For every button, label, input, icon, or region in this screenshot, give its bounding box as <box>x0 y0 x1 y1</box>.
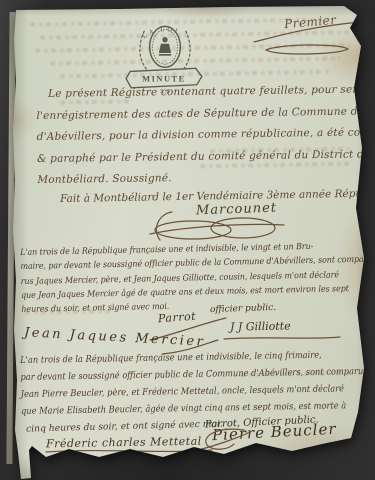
svg-text:LA LOI: LA LOI <box>141 26 180 40</box>
stamp-figure <box>159 37 171 56</box>
beucler-signature-flourish <box>194 424 254 454</box>
burial-act-frimaire: L'an trois de la République française un… <box>20 346 338 420</box>
manuscript-page-wrap: LA LOI MINUTE 5. S Premier Le présent Ré… <box>0 0 375 480</box>
burial-act-brumaire: L'an trois de la République française un… <box>20 239 349 317</box>
stamp-laurel-right <box>183 30 190 69</box>
register-heading: Le présent Régistre contenant quatre feu… <box>36 80 359 192</box>
witness-signature-underline <box>222 334 342 342</box>
document-scan: LA LOI MINUTE 5. S Premier Le présent Ré… <box>0 0 375 480</box>
mettetal-signature-underline <box>44 446 214 456</box>
stamp-motto: LA LOI <box>141 26 180 40</box>
officer-title: officier public. <box>210 303 276 315</box>
witness-signature-gilliotte: J J Gilliotte <box>230 319 291 333</box>
heading-line: Montbéliard. Soussigné. <box>37 165 359 191</box>
manuscript-page: LA LOI MINUTE 5. S Premier Le présent Ré… <box>0 0 375 480</box>
heading-line: & paraphé par le Président du comité gén… <box>37 144 359 170</box>
folio-flourish <box>248 14 368 58</box>
